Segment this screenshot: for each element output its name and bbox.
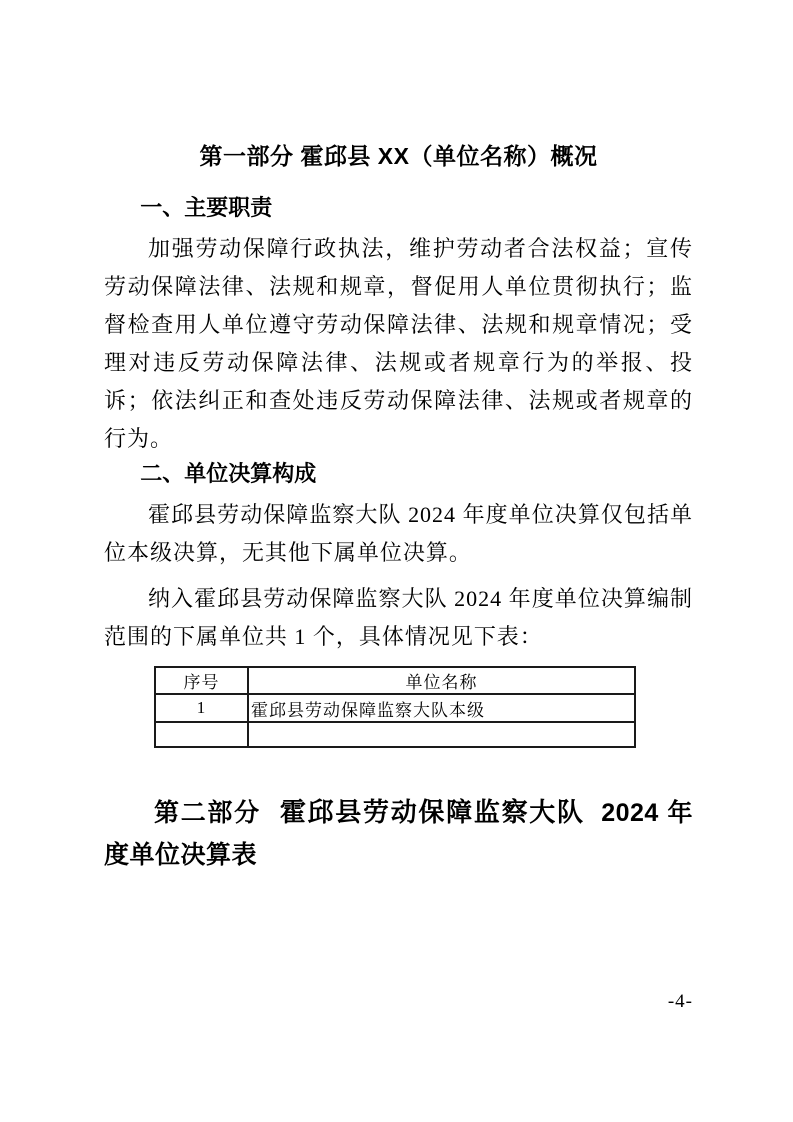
unit-name-cell bbox=[248, 722, 635, 747]
part2-title: 第二部分 霍邱县劳动保障监察大队 2024 年度单位决算表 bbox=[104, 792, 693, 876]
document-page: 第一部分 霍邱县 XX（单位名称）概况 一、主要职责 加强劳动保障行政执法，维护… bbox=[0, 0, 793, 1122]
unit-name-cell: 霍邱县劳动保障监察大队本级 bbox=[248, 694, 635, 722]
part2-title-prefix: 第二部分 bbox=[154, 799, 261, 827]
page-number: -4- bbox=[668, 991, 693, 1013]
units-table: 序号 单位名称 1 霍邱县劳动保障监察大队本级 bbox=[154, 666, 636, 748]
units-table-header-index: 序号 bbox=[155, 667, 248, 694]
table-row: 1 霍邱县劳动保障监察大队本级 bbox=[155, 694, 635, 722]
part1-title: 第一部分 霍邱县 XX（单位名称）概况 bbox=[104, 140, 693, 172]
unit-index-cell bbox=[155, 722, 248, 747]
section2-paragraph-2: 纳入霍邱县劳动保障监察大队 2024 年度单位决算编制范围的下属单位共 1 个，… bbox=[104, 580, 693, 656]
page-content: 第一部分 霍邱县 XX（单位名称）概况 一、主要职责 加强劳动保障行政执法，维护… bbox=[104, 140, 693, 876]
section2-heading: 二、单位决算构成 bbox=[104, 460, 693, 488]
table-row bbox=[155, 722, 635, 747]
section1-paragraph: 加强劳动保障行政执法，维护劳动者合法权益；宣传劳动保障法律、法规和规章，督促用人… bbox=[104, 230, 693, 458]
units-table-header-name: 单位名称 bbox=[248, 667, 635, 694]
units-table-header-row: 序号 单位名称 bbox=[155, 667, 635, 694]
section1-heading: 一、主要职责 bbox=[104, 194, 693, 222]
unit-index-cell: 1 bbox=[155, 694, 248, 722]
part2-title-org-name: 霍邱县劳动保障监察大队 bbox=[280, 798, 585, 827]
section2-paragraph-1: 霍邱县劳动保障监察大队 2024 年度单位决算仅包括单位本级决算，无其他下属单位… bbox=[104, 496, 693, 572]
